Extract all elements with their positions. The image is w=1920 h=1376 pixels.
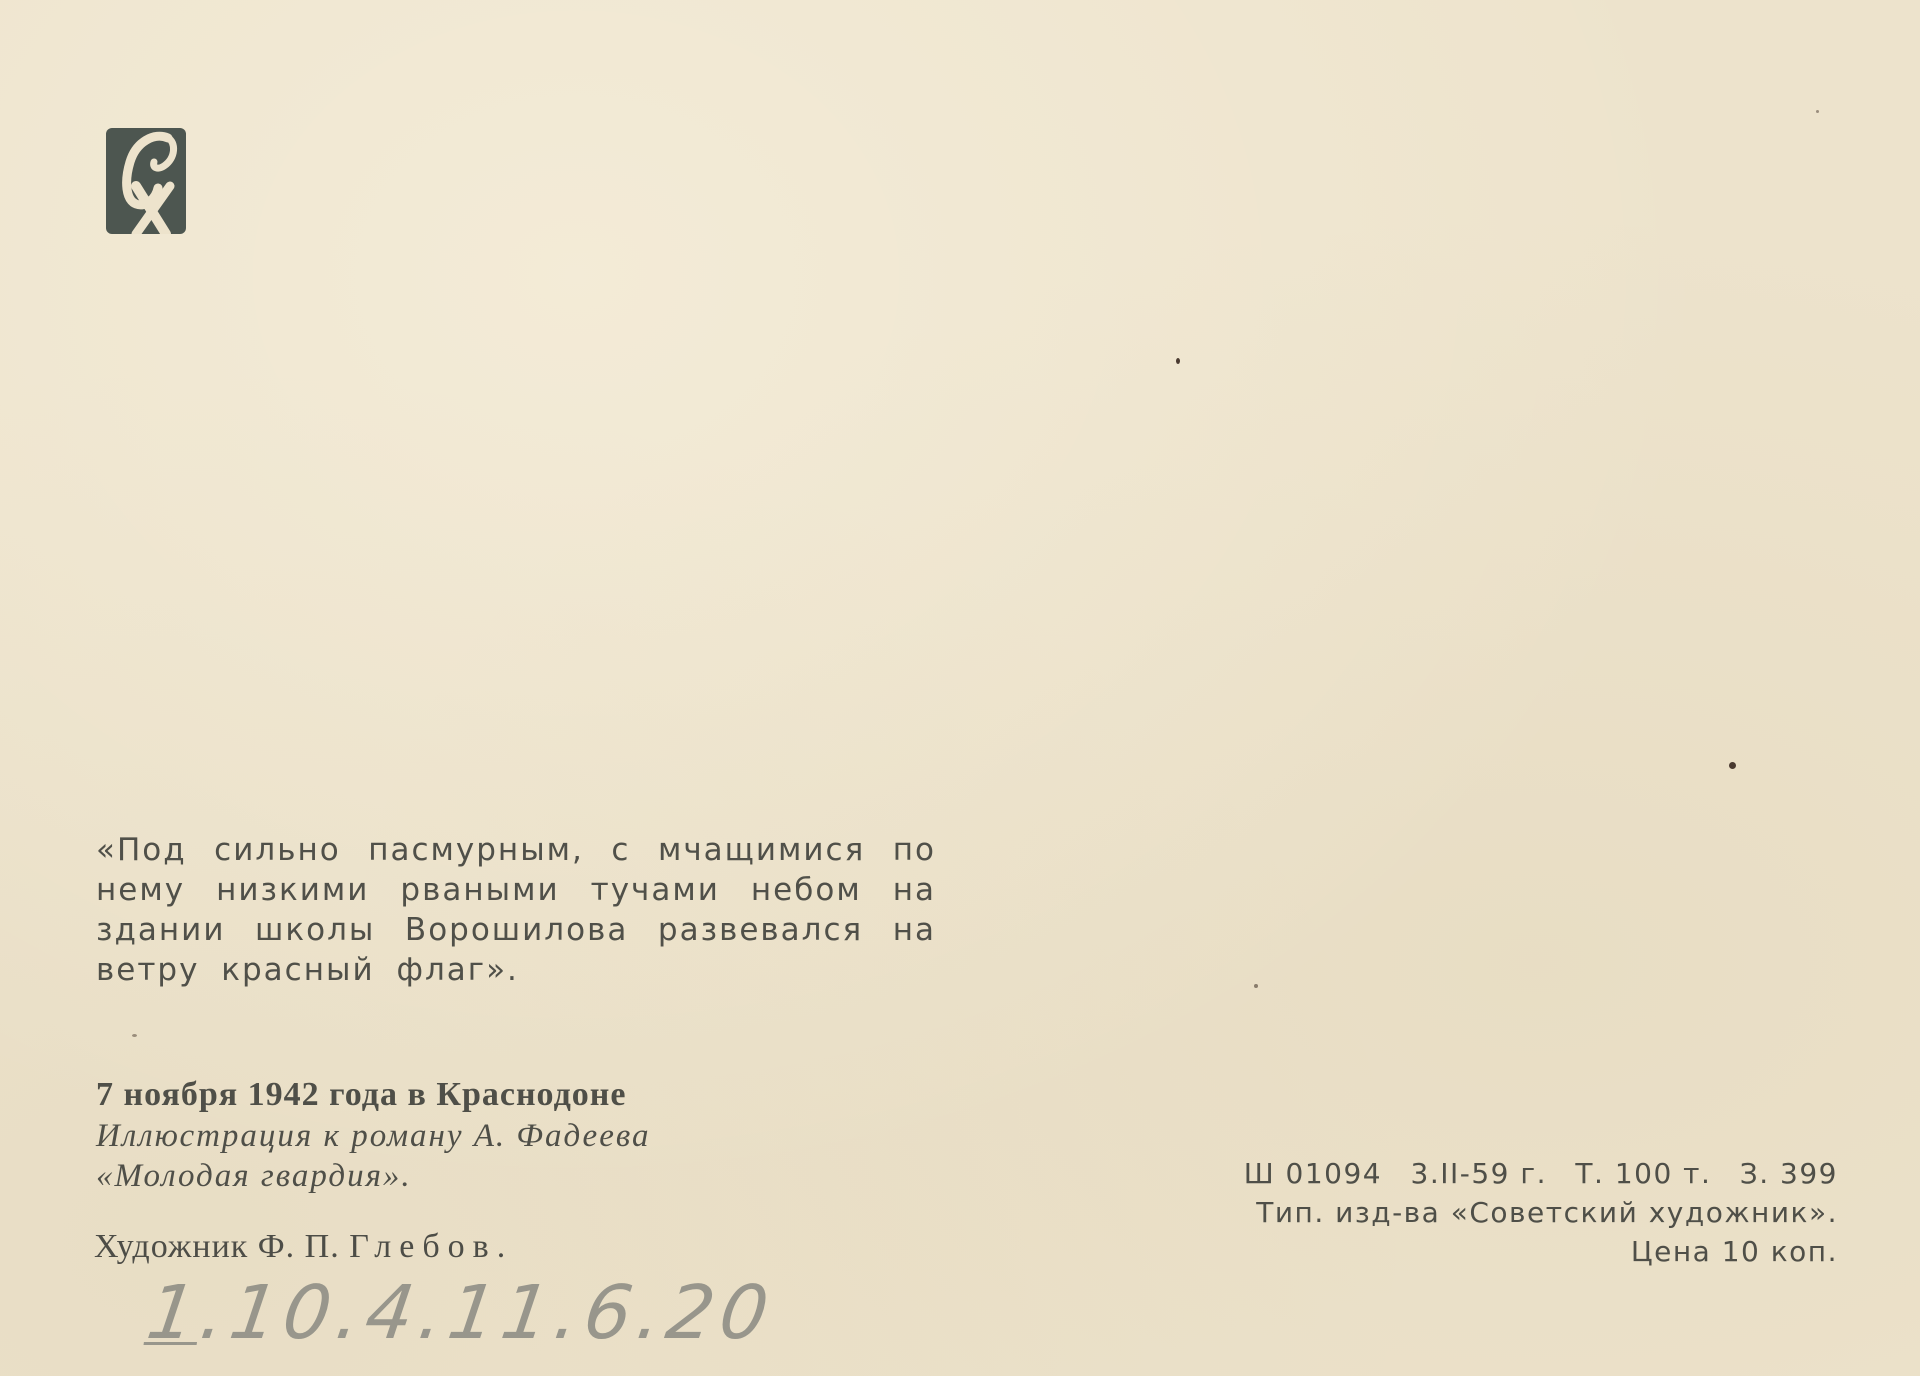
imprint-order: З. 399	[1740, 1157, 1838, 1190]
artist-surname: Глебов.	[349, 1228, 513, 1265]
artist-credit: Художник Ф. П. Глебов.	[94, 1228, 513, 1266]
paper-speck	[132, 1034, 137, 1037]
quote-line: ветру красный флаг».	[96, 950, 936, 990]
handwritten-rest: .10.4.11.6.20	[195, 1270, 779, 1356]
artwork-subtitle-line2: «Молодая гвардия».	[96, 1156, 796, 1196]
artwork-title: 7 ноября 1942 года в Краснодоне	[96, 1074, 796, 1116]
imprint-codes-row: Ш 01094 3.II-59 г. Т. 100 т. З. 399	[1244, 1154, 1838, 1193]
paper-speck	[1254, 984, 1258, 988]
imprint-printer: Тип. изд-ва «Советский художник».	[1244, 1193, 1838, 1232]
artwork-caption: 7 ноября 1942 года в Краснодоне Иллюстра…	[96, 1074, 796, 1196]
publisher-monogram-icon	[106, 128, 186, 234]
paper-speck	[1816, 110, 1819, 113]
quote-line: «Под сильно пасмурным, с мчащимися по	[96, 830, 936, 870]
paper-speck	[1176, 358, 1180, 364]
artwork-subtitle-line1: Иллюстрация к роману А. Фадеева	[96, 1116, 796, 1156]
paper-speck	[1729, 762, 1736, 769]
artist-label: Художник	[94, 1228, 248, 1265]
publisher-imprint: Ш 01094 3.II-59 г. Т. 100 т. З. 399 Тип.…	[1244, 1154, 1838, 1271]
quote-line: здании школы Ворошилова развевался на	[96, 910, 936, 950]
imprint-date: 3.II-59 г.	[1411, 1157, 1547, 1190]
quote-line: нему низкими рваными тучами небом на	[96, 870, 936, 910]
publisher-logo	[106, 128, 186, 234]
imprint-code: Ш 01094	[1244, 1157, 1382, 1190]
book-quote: «Под сильно пасмурным, с мчащимися по не…	[96, 830, 936, 990]
artist-initials: Ф. П.	[258, 1228, 340, 1265]
imprint-price: Цена 10 коп.	[1244, 1232, 1838, 1271]
handwritten-pencil-note: 1.10.4.11.6.20	[142, 1270, 779, 1356]
imprint-print-run: Т. 100 т.	[1575, 1157, 1711, 1190]
